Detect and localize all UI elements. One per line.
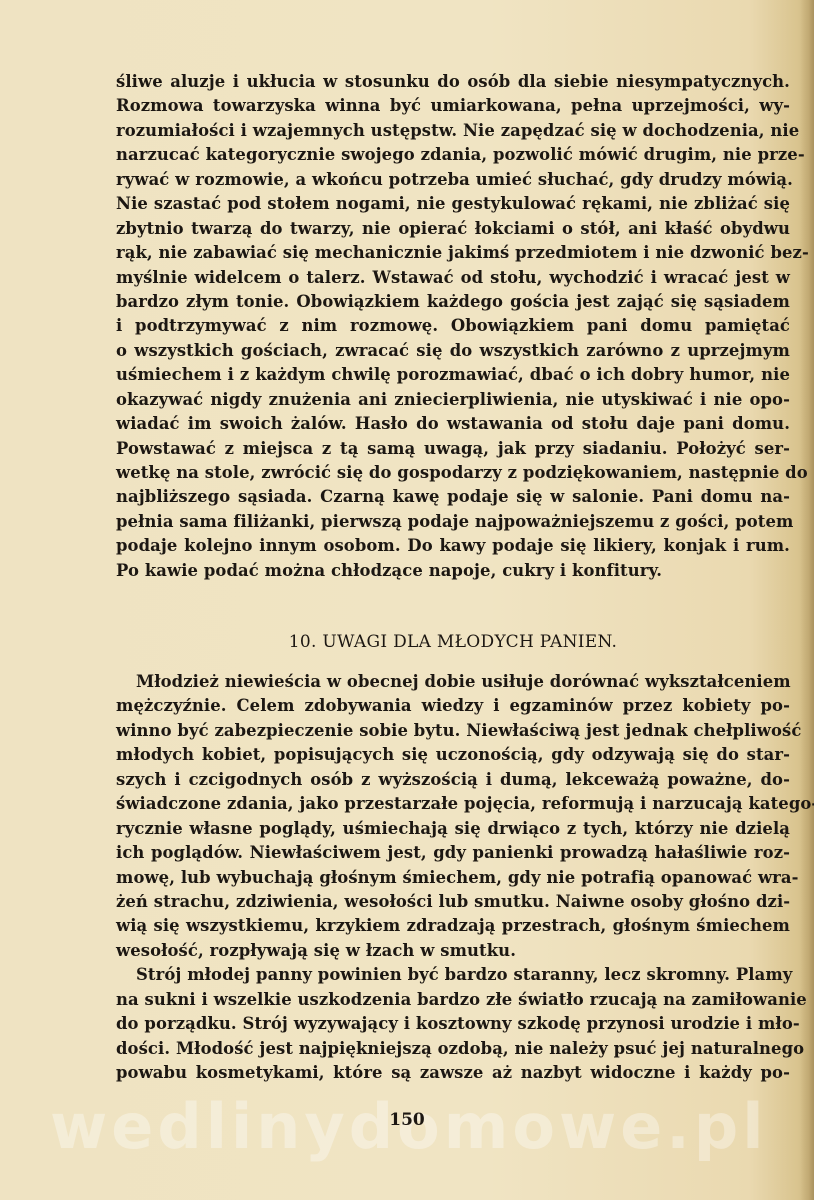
text-line: okazywać nigdy znużenia ani zniecierpliw…	[116, 388, 790, 412]
text-line: mężczyźnie. Celem zdobywania wiedzy i eg…	[116, 694, 790, 718]
text-line: wiadać im swoich żalów. Hasło do wstawan…	[116, 412, 790, 436]
text-line: rywać w rozmowie, a wkońcu potrzeba umie…	[116, 168, 790, 192]
text-line: narzucać kategorycznie swojego zdania, p…	[116, 143, 790, 167]
page-number: 150	[0, 1110, 814, 1130]
text-line: młodych kobiet, popisujących się uczonoś…	[116, 743, 790, 767]
text-line: do porządku. Strój wyzywający i kosztown…	[116, 1012, 790, 1036]
text-line: wesołość, rozpływają się w łzach w smutk…	[116, 939, 790, 963]
section-heading: 10. UWAGI DLA MŁODYCH PANIEN.	[116, 632, 790, 652]
text-line: świadczone zdania, jako przestarzałe poj…	[116, 792, 790, 816]
text-line: najbliższego sąsiada. Czarną kawę podaje…	[116, 485, 790, 509]
text-line: Powstawać z miejsca z tą samą uwagą, jak…	[116, 437, 790, 461]
text-line: myślnie widelcem o talerz. Wstawać od st…	[116, 266, 790, 290]
text-line: uśmiechem i z każdym chwilę porozmawiać,…	[116, 363, 790, 387]
text-line: pełnia sama filiżanki, pierwszą podaje n…	[116, 510, 790, 534]
text-line: ich poglądów. Niewłaściwem jest, gdy pan…	[116, 841, 790, 865]
text-line: winno być zabezpieczenie sobie bytu. Nie…	[116, 719, 790, 743]
text-line: dości. Młodość jest najpiękniejszą ozdob…	[116, 1037, 790, 1061]
text-line: śliwe aluzje i ukłucia w stosunku do osó…	[116, 70, 790, 94]
text-line: i podtrzymywać z nim rozmowę. Obowiązkie…	[116, 314, 790, 338]
text-line: Strój młodej panny powinien być bardzo s…	[116, 963, 790, 987]
text-line: wią się wszystkiemu, krzykiem zdradzają …	[116, 914, 790, 938]
text-line: rycznie własne poglądy, uśmiechają się d…	[116, 817, 790, 841]
section-1-text: śliwe aluzje i ukłucia w stosunku do osó…	[116, 70, 790, 583]
text-line: mowę, lub wybuchają głośnym śmiechem, gd…	[116, 866, 790, 890]
text-line: na sukni i wszelkie uszkodzenia bardzo z…	[116, 988, 790, 1012]
text-line: Po kawie podać można chłodzące napoje, c…	[116, 559, 790, 583]
text-line: żeń strachu, zdziwienia, wesołości lub s…	[116, 890, 790, 914]
text-line: wetkę na stole, zwrócić się do gospodarz…	[116, 461, 790, 485]
text-line: Młodzież niewieścia w obecnej dobie usił…	[116, 670, 790, 694]
book-page: śliwe aluzje i ukłucia w stosunku do osó…	[0, 0, 814, 1200]
text-line: o wszystkich gościach, zwracać się do ws…	[116, 339, 790, 363]
section-2-text: Młodzież niewieścia w obecnej dobie usił…	[116, 670, 790, 1085]
text-line: zbytnio twarzą do twarzy, nie opierać ło…	[116, 217, 790, 241]
page-edge-shadow	[800, 0, 814, 1200]
text-line: Rozmowa towarzyska winna być umiarkowana…	[116, 94, 790, 118]
text-line: bardzo złym tonie. Obowiązkiem każdego g…	[116, 290, 790, 314]
text-line: Nie szastać pod stołem nogami, nie gesty…	[116, 192, 790, 216]
text-line: rozumiałości i wzajemnych ustępstw. Nie …	[116, 119, 790, 143]
text-line: rąk, nie zabawiać się mechanicznie jakim…	[116, 241, 790, 265]
text-line: powabu kosmetykami, które są zawsze aż n…	[116, 1061, 790, 1085]
text-line: podaje kolejno innym osobom. Do kawy pod…	[116, 534, 790, 558]
text-line: szych i czcigodnych osób z wyższością i …	[116, 768, 790, 792]
